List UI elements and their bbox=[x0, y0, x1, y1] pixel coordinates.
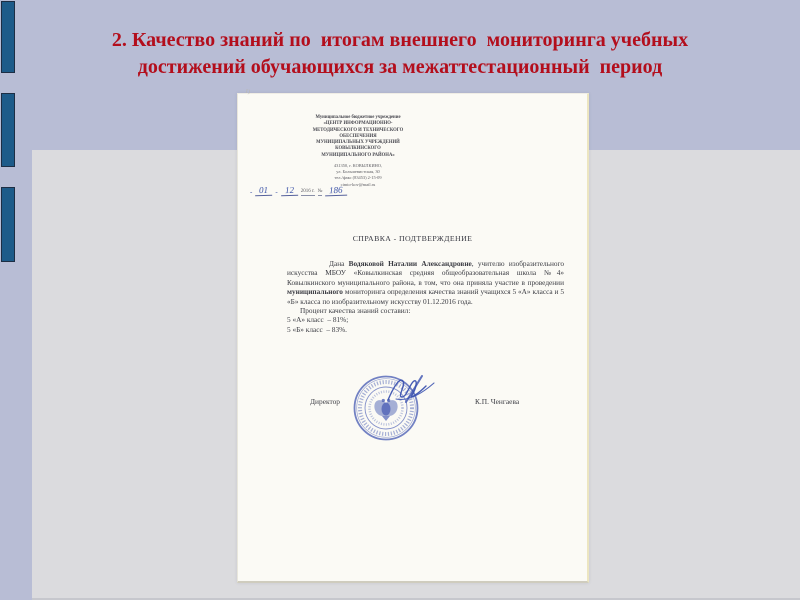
presentation-slide: 2. Качество знаний по итогам внешнего мо… bbox=[0, 0, 800, 600]
slide-title-line-2: достижений обучающихся за межаттестацион… bbox=[30, 54, 770, 81]
handwritten-signature bbox=[384, 374, 438, 404]
handwritten-day: 01 bbox=[255, 186, 272, 197]
certificate-body: Дана Водяковой Наталии Александровне, уч… bbox=[287, 259, 564, 334]
letterhead-line: МУНИЦИПАЛЬНОГО РАЙОНА» bbox=[268, 153, 448, 159]
certificate-paragraph: Дана Водяковой Наталии Александровне, уч… bbox=[287, 259, 564, 306]
left-accent-bar-2 bbox=[1, 93, 15, 167]
emphasis-word: муниципального bbox=[287, 287, 343, 296]
signature-name-label: К.П. Ченгаева bbox=[475, 397, 519, 406]
recipient-name: Водяковой Наталии Александровне bbox=[349, 259, 472, 268]
result-class-a: 5 «А» класс – 81%; bbox=[287, 315, 564, 324]
date-separator: - bbox=[275, 188, 277, 196]
slide-title-line-1: 2. Качество знаний по итогам внешнего мо… bbox=[30, 27, 770, 54]
signature-role-label: Директор bbox=[310, 397, 340, 406]
date-prefix: - bbox=[250, 188, 252, 196]
result-class-b: 5 «Б» класс – 83%. bbox=[287, 325, 564, 334]
letterhead-block: Муниципальное бюджетное учреждение «ЦЕНТ… bbox=[268, 115, 448, 159]
printed-number-sign: № bbox=[318, 189, 323, 196]
address-block: 431350, г. КОВЫЛКИНО, ул. Большевистская… bbox=[268, 163, 448, 188]
printed-year-label: 2016 г. bbox=[301, 189, 315, 196]
left-accent-bar-3 bbox=[1, 187, 15, 262]
scanned-certificate-document: 1) Муниципальное бюджетное учреждение «Ц… bbox=[237, 93, 589, 583]
date-number-line: - 01 - 12 2016 г. № 186 bbox=[250, 186, 470, 196]
handwritten-month: 12 bbox=[281, 186, 298, 197]
results-intro: Процент качества знаний составил: bbox=[287, 306, 564, 315]
handwritten-number: 186 bbox=[325, 186, 347, 197]
scan-artifact-mark: 1) bbox=[244, 89, 250, 96]
paragraph-lead: Дана bbox=[329, 259, 349, 268]
slide-title: 2. Качество знаний по итогам внешнего мо… bbox=[30, 27, 770, 81]
certificate-heading: СПРАВКА - ПОДТВЕРЖДЕНИЕ bbox=[238, 234, 587, 243]
left-accent-bar-1 bbox=[1, 1, 15, 73]
